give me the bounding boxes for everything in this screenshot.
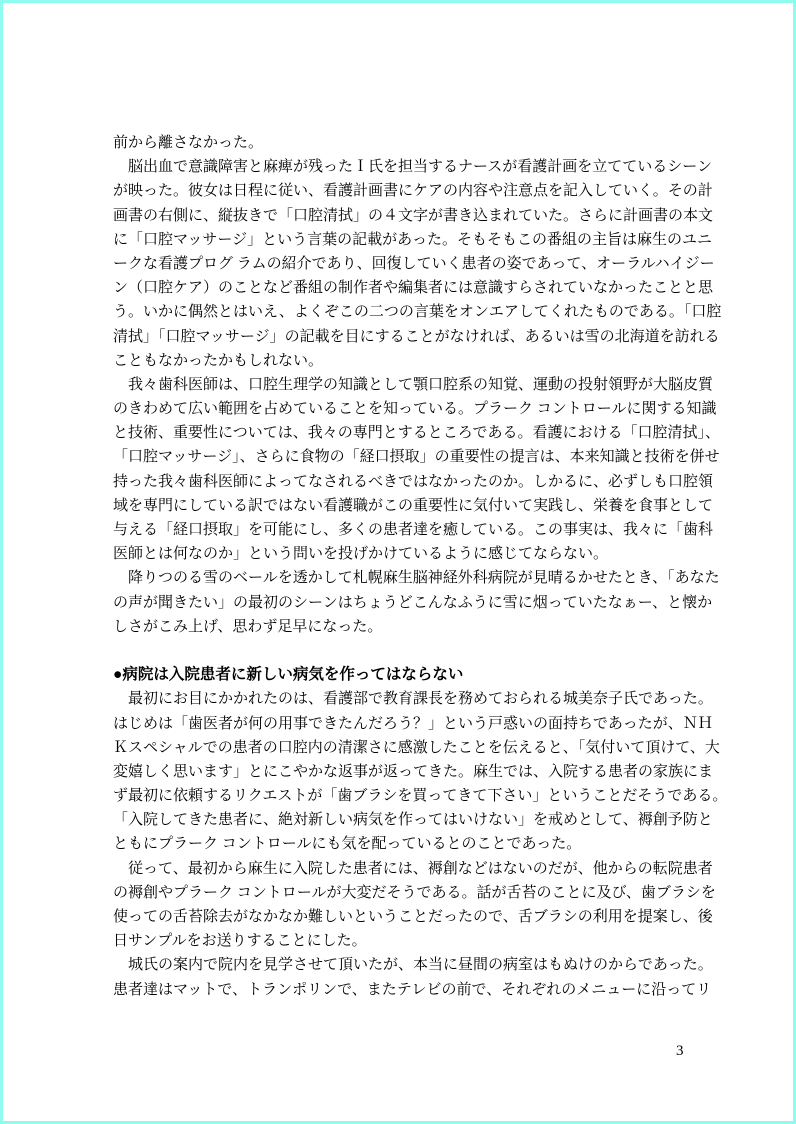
text-line: 従って、最初から麻生に入院した患者には、褥創などはないのだが、他からの転院患者 (113, 857, 719, 881)
text-line: ず最初に依頼するリクエストが「歯ブラシを買ってきて下さい」ということだそうである… (113, 784, 719, 808)
text-line: 降りつのる雪のベールを透かして札幌麻生脳神経外科病院が見晴るかせたとき、「あなた (113, 566, 719, 590)
text-line: 我々歯科医師は、口腔生理学の知識として顎口腔系の知覚、運動の投射領野が大脳皮質 (113, 373, 719, 397)
text-line: 「入院してきた患者に、絶対新しい病気を作ってはいけない」を戒めとして、褥創予防と (113, 808, 719, 832)
text-line: 持った我々歯科医師によってなされるべきではなかったのか。しかるに、必ずしも口腔領 (113, 470, 719, 494)
text-line: 城氏の案内で院内を見学させて頂いたが、本当に昼間の病室はもぬけのからであった。 (113, 953, 719, 977)
text-line: こともなかったかもしれない。 (113, 349, 719, 373)
text-line: はじめは「歯医者が何の用事できたんだろう？」という戸惑いの面持ちであったが、ＮＨ (113, 712, 719, 736)
text-line: のきわめて広い範囲を占めていることを知っている。プラーク コントロールに関する知… (113, 397, 719, 421)
text-line: の褥創やプラーク コントロールが大変だそうである。話が舌苔のことに及び、歯ブラシ… (113, 881, 719, 905)
text-line: に「口腔マッサージ」という言葉の記載があった。そもそもこの番組の主旨は麻生のユニ (113, 228, 719, 252)
text-line: 医師とは何なのか」という問いを投げかけているように感じてならない。 (113, 542, 719, 566)
text-line: の声が聞きたい」の最初のシーンはちょうどこんなふうに雪に烟っていたなぁー、と懐か (113, 591, 719, 615)
blank-line (113, 639, 719, 663)
text-line: が映った。彼女は日程に従い、看護計画書にケアの内容や注意点を記入していく。その計 (113, 179, 719, 203)
text-line: 変嬉しく思います」とにこやかな返事が返ってきた。麻生では、入院する患者の家族にま (113, 760, 719, 784)
text-line: 与える「経口摂取」を可能にし、多くの患者達を癒している。この事実は、我々に「歯科 (113, 518, 719, 542)
text-line: ともにプラーク コントロールにも気を配っているとのことであった。 (113, 832, 719, 856)
text-line: しさがこみ上げ、思わず足早になった。 (113, 615, 719, 639)
text-line: 使っての舌苔除去がなかなか難しいということだったので、舌ブラシの利用を提案し、後 (113, 905, 719, 929)
text-line: ン（口腔ケア）のことなど番組の制作者や編集者には意識すらされていなかったことと思 (113, 276, 719, 300)
text-line: 画書の右側に、縦抜きで「口腔清拭」の４文字が書き込まれていた。さらに計画書の本文 (113, 204, 719, 228)
text-line: 脳出血で意識障害と麻痺が残ったＩ氏を担当するナースが看護計画を立てているシーン (113, 155, 719, 179)
text-line: 「口腔マッサージ」、さらに食物の「経口摂取」の重要性の提言は、本来知識と技術を併… (113, 445, 719, 469)
text-line: 患者達はマットで、トランポリンで、またテレビの前で、それぞれのメニューに沿ってリ (113, 978, 719, 1002)
text-line: う。いかに偶然とはいえ、よくぞこの二つの言葉をオンエアしてくれたものである。「口… (113, 300, 719, 324)
document-body: 前から離さなかった。 脳出血で意識障害と麻痺が残ったＩ氏を担当するナースが看護計… (113, 131, 719, 1002)
text-line: と技術、重要性については、我々の専門とするところである。看護における「口腔清拭」… (113, 421, 719, 445)
text-line: 域を専門にしている訳ではない看護職がこの重要性に気付いて実践し、栄養を食事として (113, 494, 719, 518)
document-page: 前から離さなかった。 脳出血で意識障害と麻痺が残ったＩ氏を担当するナースが看護計… (0, 0, 796, 1124)
text-line: ークな看護プログ ラムの紹介であり、回復していく患者の姿であって、オーラルハイジ… (113, 252, 719, 276)
text-line: 清拭」「口腔マッサージ」の記載を目にすることがなければ、あるいは雪の北海道を訪れ… (113, 325, 719, 349)
text-line: 最初にお目にかかれたのは、看護部で教育課長を務めておられる城美奈子氏であった。 (113, 687, 719, 711)
section-heading: ●病院は入院患者に新しい病気を作ってはならない (113, 663, 719, 687)
text-line: Ｋスペシャルでの患者の口腔内の清潔さに感激したことを伝えると、「気付いて頂けて、… (113, 736, 719, 760)
text-line: 日サンプルをお送りすることにした。 (113, 929, 719, 953)
page-number: 3 (676, 1041, 684, 1061)
text-line: 前から離さなかった。 (113, 131, 719, 155)
